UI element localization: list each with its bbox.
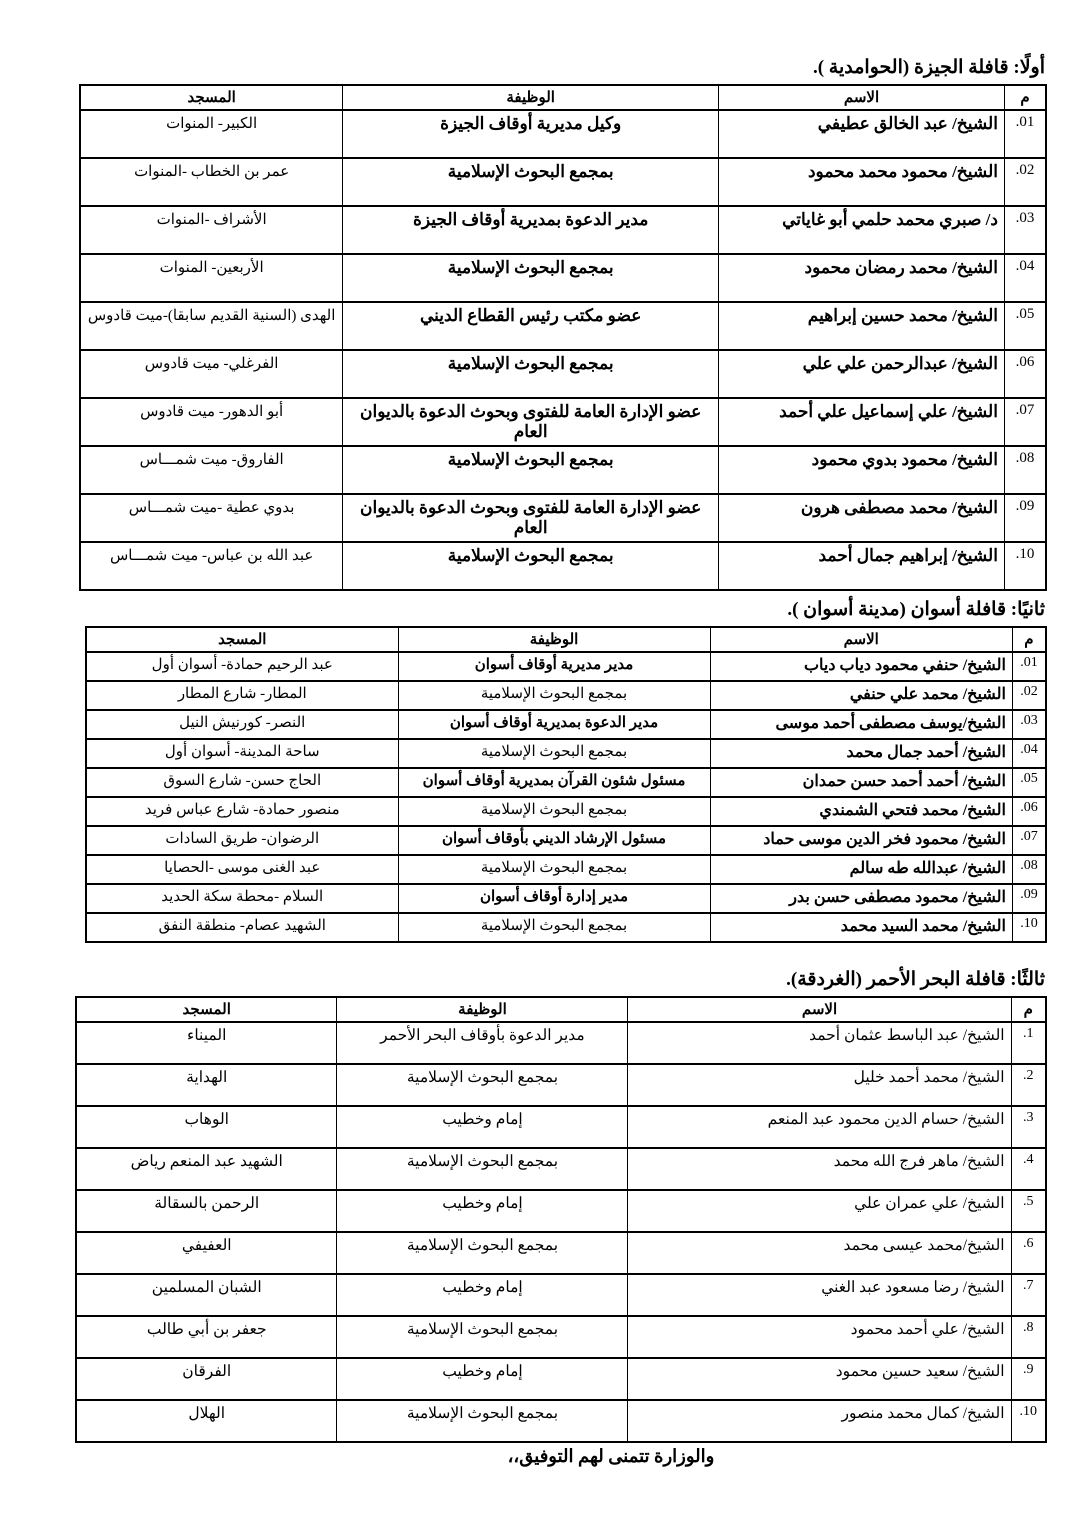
- row-number-cell: 06.: [1004, 350, 1046, 398]
- row-number-cell: 03.: [1004, 206, 1046, 254]
- table-row: 7.الشيخ/ رضا مسعود عبد الغنيإمام وخطيبال…: [76, 1274, 1046, 1316]
- row-number-cell: 01.: [1004, 110, 1046, 158]
- name-cell: الشيخ/ محمود مصطفى حسن بدر: [710, 884, 1012, 913]
- job-cell: عضو الإدارة العامة للفتوى وبحوث الدعوة ب…: [343, 494, 719, 542]
- mosque-cell: المطار- شارع المطار: [86, 681, 398, 710]
- table-row: 04.الشيخ/ محمد رمضان محمودبمجمع البحوث ا…: [80, 254, 1046, 302]
- mosque-cell: عمر بن الخطاب -المنوات: [80, 158, 343, 206]
- job-cell: إمام وخطيب: [337, 1190, 628, 1232]
- row-number-cell: 06.: [1012, 797, 1046, 826]
- row-number-cell: 05.: [1004, 302, 1046, 350]
- job-cell: بمجمع البحوث الإسلامية: [343, 350, 719, 398]
- job-cell: بمجمع البحوث الإسلامية: [343, 542, 719, 590]
- table-row: 05.الشيخ/ محمد حسين إبراهيمعضو مكتب رئيس…: [80, 302, 1046, 350]
- job-cell: مسئول الإرشاد الديني بأوقاف أسوان: [398, 826, 710, 855]
- column-header-mosque: المسجد: [76, 997, 337, 1022]
- row-number-cell: 6.: [1011, 1232, 1046, 1274]
- row-number-cell: 8.: [1011, 1316, 1046, 1358]
- name-cell: الشيخ/يوسف مصطفى أحمد موسى: [710, 710, 1012, 739]
- table-row: 03.د/ صبري محمد حلمي أبو غاياتيمدير الدع…: [80, 206, 1046, 254]
- table-row: 01.الشيخ/ عبد الخالق عطيفيوكيل مديرية أو…: [80, 110, 1046, 158]
- name-cell: الشيخ/ رضا مسعود عبد الغني: [628, 1274, 1011, 1316]
- job-cell: عضو مكتب رئيس القطاع الديني: [343, 302, 719, 350]
- mosque-cell: الشهيد عصام- منطقة النفق: [86, 913, 398, 942]
- caravan-section-red-sea: ثالثًا: قافلة البحر الأحمر (الغردقة). م …: [33, 968, 1047, 1443]
- mosque-cell: الهدى (السنية القديم سابقا)-ميت قادوس: [80, 302, 343, 350]
- name-cell: الشيخ/محمد عيسى محمد: [628, 1232, 1011, 1274]
- name-cell: الشيخ/ إبراهيم جمال أحمد: [719, 542, 1005, 590]
- name-cell: الشيخ/ علي أحمد محمود: [628, 1316, 1011, 1358]
- row-number-cell: 08.: [1012, 855, 1046, 884]
- mosque-cell: ساحة المدينة- أسوان أول: [86, 739, 398, 768]
- table-row: 08.الشيخ/ محمود بدوي محمودبمجمع البحوث ا…: [80, 446, 1046, 494]
- name-cell: الشيخ/ محمد علي حنفي: [710, 681, 1012, 710]
- name-cell: الشيخ/ حنفي محمود دياب دياب: [710, 652, 1012, 681]
- table-row: 06.الشيخ/ محمد فتحي الشمنديبمجمع البحوث …: [86, 797, 1046, 826]
- name-cell: الشيخ/ محمد السيد محمد: [710, 913, 1012, 942]
- column-header-job: الوظيفة: [398, 627, 710, 652]
- job-cell: بمجمع البحوث الإسلامية: [343, 254, 719, 302]
- caravan-section-giza: أولًا: قافلة الجيزة (الحوامدية ). م الاس…: [33, 56, 1047, 591]
- mosque-cell: منصور حمادة- شارع عباس فريد: [86, 797, 398, 826]
- job-cell: إمام وخطيب: [337, 1106, 628, 1148]
- name-cell: الشيخ/ محمود فخر الدين موسى حماد: [710, 826, 1012, 855]
- red-sea-caravan-table: م الاسم الوظيفة المسجد 1.الشيخ/ عبد البا…: [75, 996, 1047, 1443]
- table-row: 10.الشيخ/ كمال محمد منصوربمجمع البحوث ال…: [76, 1400, 1046, 1442]
- column-header-number: م: [1011, 997, 1046, 1022]
- row-number-cell: 02.: [1012, 681, 1046, 710]
- name-cell: الشيخ/ حسام الدين محمود عبد المنعم: [628, 1106, 1011, 1148]
- row-number-cell: 07.: [1004, 398, 1046, 446]
- mosque-cell: الهداية: [76, 1064, 337, 1106]
- job-cell: وكيل مديرية أوقاف الجيزة: [343, 110, 719, 158]
- table-row: 9.الشيخ/ سعيد حسين محمودإمام وخطيبالفرقا…: [76, 1358, 1046, 1400]
- column-header-job: الوظيفة: [343, 85, 719, 110]
- job-cell: بمجمع البحوث الإسلامية: [337, 1316, 628, 1358]
- row-number-cell: 1.: [1011, 1022, 1046, 1064]
- mosque-cell: عبد الرحيم حمادة- أسوان أول: [86, 652, 398, 681]
- mosque-cell: الفرقان: [76, 1358, 337, 1400]
- table-row: 01.الشيخ/ حنفي محمود دياب ديابمدير مديري…: [86, 652, 1046, 681]
- name-cell: الشيخ/ محمد أحمد خليل: [628, 1064, 1011, 1106]
- name-cell: الشيخ/ عبد الخالق عطيفي: [719, 110, 1005, 158]
- name-cell: الشيخ/ ماهر فرج الله محمد: [628, 1148, 1011, 1190]
- column-header-name: الاسم: [628, 997, 1011, 1022]
- name-cell: الشيخ/ أحمد جمال محمد: [710, 739, 1012, 768]
- document-page: { "closing": "والوزارة تتمنى لهم التوفيق…: [0, 0, 1080, 1513]
- mosque-cell: الفاروق- ميت شمـــاس: [80, 446, 343, 494]
- table-row: 08.الشيخ/ عبدالله طه سالمبمجمع البحوث ال…: [86, 855, 1046, 884]
- mosque-cell: الهلال: [76, 1400, 337, 1442]
- job-cell: بمجمع البحوث الإسلامية: [343, 158, 719, 206]
- name-cell: الشيخ/ كمال محمد منصور: [628, 1400, 1011, 1442]
- table-row: 07.الشيخ/ علي إسماعيل علي أحمدعضو الإدار…: [80, 398, 1046, 446]
- name-cell: الشيخ/ محمود بدوي محمود: [719, 446, 1005, 494]
- job-cell: بمجمع البحوث الإسلامية: [343, 446, 719, 494]
- job-cell: بمجمع البحوث الإسلامية: [398, 797, 710, 826]
- mosque-cell: بدوي عطية -ميت شمـــاس: [80, 494, 343, 542]
- mosque-cell: السلام -محطة سكة الحديد: [86, 884, 398, 913]
- column-header-name: الاسم: [710, 627, 1012, 652]
- column-header-number: م: [1004, 85, 1046, 110]
- name-cell: الشيخ/ عبد الباسط عثمان أحمد: [628, 1022, 1011, 1064]
- job-cell: مدير الدعوة بأوقاف البحر الأحمر: [337, 1022, 628, 1064]
- row-number-cell: 10.: [1011, 1400, 1046, 1442]
- job-cell: بمجمع البحوث الإسلامية: [398, 913, 710, 942]
- job-cell: إمام وخطيب: [337, 1274, 628, 1316]
- mosque-cell: الرضوان- طريق السادات: [86, 826, 398, 855]
- row-number-cell: 09.: [1012, 884, 1046, 913]
- table-row: 2.الشيخ/ محمد أحمد خليلبمجمع البحوث الإس…: [76, 1064, 1046, 1106]
- job-cell: بمجمع البحوث الإسلامية: [398, 681, 710, 710]
- job-cell: بمجمع البحوث الإسلامية: [398, 855, 710, 884]
- mosque-cell: الفرغلي- ميت قادوس: [80, 350, 343, 398]
- table-row: 05.الشيخ/ أحمد أحمد حسن حمدانمسئول شئون …: [86, 768, 1046, 797]
- section-heading: ثالثًا: قافلة البحر الأحمر (الغردقة).: [33, 968, 1045, 991]
- row-number-cell: 10.: [1012, 913, 1046, 942]
- job-cell: مدير الدعوة بمديرية أوقاف أسوان: [398, 710, 710, 739]
- job-cell: بمجمع البحوث الإسلامية: [398, 739, 710, 768]
- row-number-cell: 09.: [1004, 494, 1046, 542]
- row-number-cell: 05.: [1012, 768, 1046, 797]
- section-heading: أولًا: قافلة الجيزة (الحوامدية ).: [33, 56, 1045, 79]
- name-cell: الشيخ/ محمد مصطفى هرون: [719, 494, 1005, 542]
- table-row: 4.الشيخ/ ماهر فرج الله محمدبمجمع البحوث …: [76, 1148, 1046, 1190]
- mosque-cell: الكبير- المنوات: [80, 110, 343, 158]
- table-row: 06.الشيخ/ عبدالرحمن علي عليبمجمع البحوث …: [80, 350, 1046, 398]
- table-row: 6.الشيخ/محمد عيسى محمدبمجمع البحوث الإسل…: [76, 1232, 1046, 1274]
- row-number-cell: 08.: [1004, 446, 1046, 494]
- job-cell: بمجمع البحوث الإسلامية: [337, 1232, 628, 1274]
- table-row: 07.الشيخ/ محمود فخر الدين موسى حمادمسئول…: [86, 826, 1046, 855]
- mosque-cell: النصر- كورنيش النيل: [86, 710, 398, 739]
- row-number-cell: 04.: [1012, 739, 1046, 768]
- page-content: أولًا: قافلة الجيزة (الحوامدية ). م الاس…: [0, 0, 1080, 1467]
- name-cell: د/ صبري محمد حلمي أبو غاياتي: [719, 206, 1005, 254]
- name-cell: الشيخ/ أحمد أحمد حسن حمدان: [710, 768, 1012, 797]
- row-number-cell: 7.: [1011, 1274, 1046, 1316]
- row-number-cell: 10.: [1004, 542, 1046, 590]
- job-cell: إمام وخطيب: [337, 1358, 628, 1400]
- mosque-cell: العفيفي: [76, 1232, 337, 1274]
- row-number-cell: 07.: [1012, 826, 1046, 855]
- mosque-cell: الميناء: [76, 1022, 337, 1064]
- job-cell: بمجمع البحوث الإسلامية: [337, 1064, 628, 1106]
- mosque-cell: الأربعين- المنوات: [80, 254, 343, 302]
- job-cell: مدير مديرية أوقاف أسوان: [398, 652, 710, 681]
- row-number-cell: 5.: [1011, 1190, 1046, 1232]
- table-row: 5.الشيخ/ علي عمران عليإمام وخطيبالرحمن ب…: [76, 1190, 1046, 1232]
- job-cell: عضو الإدارة العامة للفتوى وبحوث الدعوة ب…: [343, 398, 719, 446]
- row-number-cell: 01.: [1012, 652, 1046, 681]
- table-header-row: م الاسم الوظيفة المسجد: [86, 627, 1046, 652]
- column-header-mosque: المسجد: [80, 85, 343, 110]
- name-cell: الشيخ/ عبدالله طه سالم: [710, 855, 1012, 884]
- mosque-cell: جعفر بن أبي طالب: [76, 1316, 337, 1358]
- table-row: 1.الشيخ/ عبد الباسط عثمان أحمدمدير الدعو…: [76, 1022, 1046, 1064]
- mosque-cell: الشبان المسلمين: [76, 1274, 337, 1316]
- name-cell: الشيخ/ سعيد حسين محمود: [628, 1358, 1011, 1400]
- column-header-job: الوظيفة: [337, 997, 628, 1022]
- mosque-cell: أبو الدهور- ميت قادوس: [80, 398, 343, 446]
- closing-wish-line: والوزارة تتمنى لهم التوفيق،،: [175, 1446, 1047, 1467]
- job-cell: مدير الدعوة بمديرية أوقاف الجيزة: [343, 206, 719, 254]
- name-cell: الشيخ/ محمد فتحي الشمندي: [710, 797, 1012, 826]
- mosque-cell: الشهيد عبد المنعم رياض: [76, 1148, 337, 1190]
- table-row: 8.الشيخ/ علي أحمد محمودبمجمع البحوث الإس…: [76, 1316, 1046, 1358]
- table-row: 02.الشيخ/ محمد علي حنفيبمجمع البحوث الإس…: [86, 681, 1046, 710]
- job-cell: بمجمع البحوث الإسلامية: [337, 1400, 628, 1442]
- row-number-cell: 4.: [1011, 1148, 1046, 1190]
- mosque-cell: عبد الغنى موسى -الحصايا: [86, 855, 398, 884]
- mosque-cell: الرحمن بالسقالة: [76, 1190, 337, 1232]
- mosque-cell: الأشراف -المنوات: [80, 206, 343, 254]
- table-row: 3.الشيخ/ حسام الدين محمود عبد المنعمإمام…: [76, 1106, 1046, 1148]
- table-row: 04.الشيخ/ أحمد جمال محمدبمجمع البحوث الإ…: [86, 739, 1046, 768]
- name-cell: الشيخ/ محمود محمد محمود: [719, 158, 1005, 206]
- job-cell: مسئول شئون القرآن بمديرية أوقاف أسوان: [398, 768, 710, 797]
- caravan-section-aswan: ثانيًا: قافلة أسوان (مدينة أسوان ). م ال…: [33, 598, 1047, 943]
- table-row: 09.الشيخ/ محمد مصطفى هرونعضو الإدارة الع…: [80, 494, 1046, 542]
- section-heading: ثانيًا: قافلة أسوان (مدينة أسوان ).: [33, 598, 1045, 621]
- name-cell: الشيخ/ علي عمران علي: [628, 1190, 1011, 1232]
- table-row: 02.الشيخ/ محمود محمد محمودبمجمع البحوث ا…: [80, 158, 1046, 206]
- table-row: 10.الشيخ/ إبراهيم جمال أحمدبمجمع البحوث …: [80, 542, 1046, 590]
- job-cell: مدير إدارة أوقاف أسوان: [398, 884, 710, 913]
- row-number-cell: 9.: [1011, 1358, 1046, 1400]
- table-header-row: م الاسم الوظيفة المسجد: [76, 997, 1046, 1022]
- giza-caravan-table: م الاسم الوظيفة المسجد 01.الشيخ/ عبد الخ…: [79, 84, 1047, 591]
- row-number-cell: 2.: [1011, 1064, 1046, 1106]
- mosque-cell: عبد الله بن عباس- ميت شمـــاس: [80, 542, 343, 590]
- mosque-cell: الحاج حسن- شارع السوق: [86, 768, 398, 797]
- name-cell: الشيخ/ علي إسماعيل علي أحمد: [719, 398, 1005, 446]
- name-cell: الشيخ/ عبدالرحمن علي علي: [719, 350, 1005, 398]
- column-header-name: الاسم: [719, 85, 1005, 110]
- job-cell: بمجمع البحوث الإسلامية: [337, 1148, 628, 1190]
- column-header-mosque: المسجد: [86, 627, 398, 652]
- table-row: 03.الشيخ/يوسف مصطفى أحمد موسىمدير الدعوة…: [86, 710, 1046, 739]
- table-header-row: م الاسم الوظيفة المسجد: [80, 85, 1046, 110]
- table-row: 09.الشيخ/ محمود مصطفى حسن بدرمدير إدارة …: [86, 884, 1046, 913]
- name-cell: الشيخ/ محمد حسين إبراهيم: [719, 302, 1005, 350]
- row-number-cell: 3.: [1011, 1106, 1046, 1148]
- row-number-cell: 02.: [1004, 158, 1046, 206]
- row-number-cell: 03.: [1012, 710, 1046, 739]
- row-number-cell: 04.: [1004, 254, 1046, 302]
- mosque-cell: الوهاب: [76, 1106, 337, 1148]
- aswan-caravan-table: م الاسم الوظيفة المسجد 01.الشيخ/ حنفي مح…: [85, 626, 1047, 943]
- name-cell: الشيخ/ محمد رمضان محمود: [719, 254, 1005, 302]
- table-row: 10.الشيخ/ محمد السيد محمدبمجمع البحوث ال…: [86, 913, 1046, 942]
- column-header-number: م: [1012, 627, 1046, 652]
